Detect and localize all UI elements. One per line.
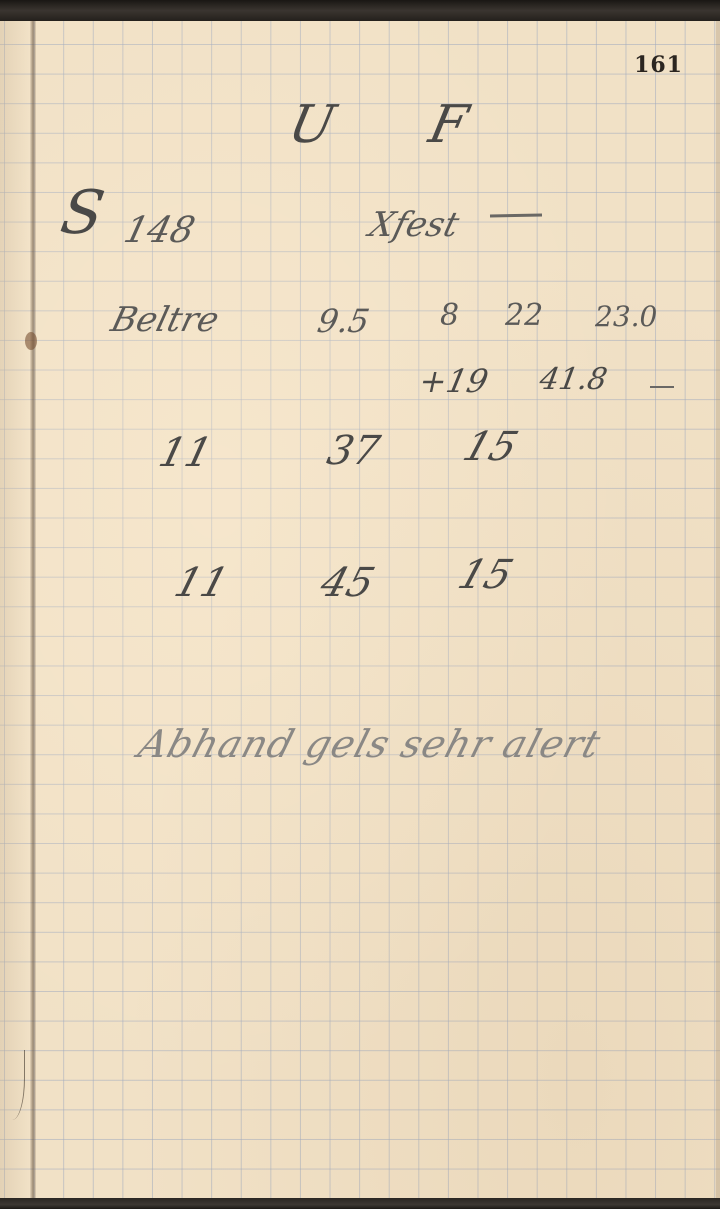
sample-number: 148 <box>120 210 199 251</box>
page-fold <box>30 21 36 1198</box>
left-margin <box>0 21 30 1198</box>
page-heading: U F <box>284 95 513 155</box>
page-right-edge <box>716 21 720 1198</box>
row2-value-2: 41.8 <box>537 362 610 397</box>
binding-bottom <box>0 1198 720 1209</box>
binding-top <box>0 0 720 21</box>
row1-value-2: 8 <box>440 298 459 333</box>
row1-value-3: 22 <box>505 298 543 333</box>
stain-mark <box>25 332 37 350</box>
row2-dash <box>650 386 674 388</box>
row1-value-1: 9.5 <box>315 302 373 340</box>
graph-paper <box>0 21 720 1198</box>
row1-value-4: 23.0 <box>595 300 657 333</box>
row3-col2: 37 <box>323 428 384 474</box>
page-number: 161 <box>634 52 683 78</box>
handwritten-note: Abhand gels sehr alert <box>134 722 606 766</box>
sample-word: Xfest <box>365 205 463 245</box>
row1-label: Beltre <box>107 300 223 340</box>
notebook-page: 161 U F S 148 Xfest Beltre 9.5 8 22 23.0… <box>0 0 720 1209</box>
row2-value-1: +19 <box>416 362 492 400</box>
